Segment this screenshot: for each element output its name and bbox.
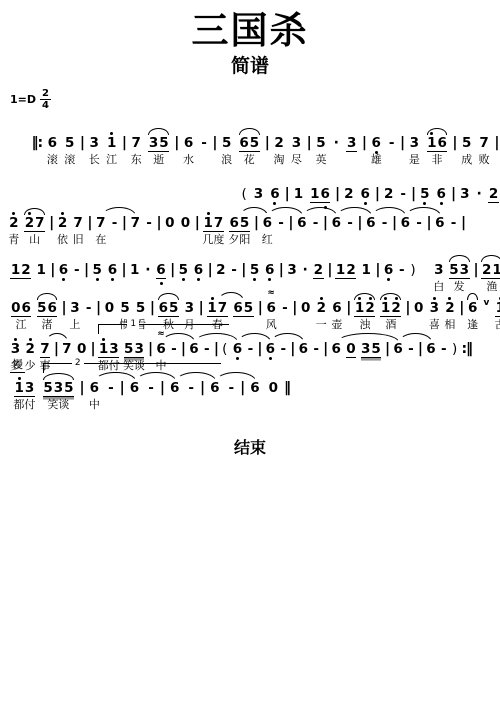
lyric: 依 [57,233,68,246]
barline: | [80,380,84,396]
key-tonic: 1=D [10,93,36,106]
octave-dot-below-icon [364,202,367,205]
lyric: 淘 [274,153,285,166]
barline: | [170,262,174,278]
note-token: 5看 [135,300,145,316]
note-token: 2 [216,262,226,278]
lyric: 都付 [13,398,35,411]
note-token: 0 [180,215,190,231]
barline: | [279,262,283,278]
note-token: 5 [420,186,430,202]
key-signature: 1=D 2 4 [10,89,500,109]
note-token: 6 [435,215,445,231]
octave-dot-below-icon [111,278,114,281]
note-token: 3多 [10,341,20,357]
barline: | [323,341,327,357]
note-token: 6红 [262,215,272,231]
note-token: 2 [384,186,394,202]
barline: | [418,341,422,357]
volta-number: 2 [72,358,84,369]
lyric: 江 [16,318,27,331]
note-token: 5 [92,262,102,278]
note-token: 27山 [24,215,45,232]
barline: | [265,135,269,151]
lyric: 风 [266,318,277,331]
note-token: 6 [189,341,199,357]
barline: | [200,380,204,396]
note-token: - [204,341,211,357]
barline: | [156,215,160,231]
lyric: 东 [131,153,142,166]
note-token: 0 [346,341,356,358]
note-token: 6 [265,262,275,278]
lyric: 月 [184,318,195,331]
lyric: 一 [316,318,327,331]
note-token: 6 [232,341,242,357]
lyric: 山 [29,233,40,246]
barline: | [199,300,203,316]
note-token: 1 [361,262,371,278]
barline: | [240,380,244,396]
note-token: 3尽 [291,135,301,151]
note-token: ( [222,341,228,357]
lyric: 青 [8,233,19,246]
barline: | [400,135,404,151]
note-token: 5成 [462,135,472,151]
sheet-music-page: 三国杀 简谱 1=D 2 4 ‖:6滚5滚|3长1江|7东35逝|6水-|5浪6… [0,0,500,715]
lyric: 酒 [385,318,396,331]
lyric: 中 [156,359,167,372]
note-token: 17春 [207,300,228,317]
note-token: - [231,262,238,278]
lyric: 笑谈 [123,359,145,372]
note-token: 6 [250,380,260,396]
note-token: - [146,215,153,231]
note-token: 6 [107,262,117,278]
barline: | [257,341,261,357]
note-token: 1 [130,262,140,278]
note-token: 12浊 [354,300,375,317]
note-token: - [441,341,448,357]
barline: | [375,262,379,278]
note-token: - [416,215,423,231]
note-token: 12 [10,262,31,279]
mordent-icon: ≈ [267,289,275,297]
lyric: 上 [69,318,80,331]
note-token: - [148,380,155,396]
note-token: 6 [156,262,166,279]
note-token: 2一 [316,300,326,316]
tempo-marking: 慢 [10,359,25,373]
octave-dot-above-icon [102,338,105,341]
note-token: 35逝 [148,135,169,152]
lyric: 滚 [47,153,58,166]
lyric: 雄 [371,153,382,166]
barline: | [181,341,185,357]
octave-dot-above-icon [395,297,398,300]
lyric: 花 [244,153,255,166]
note-token: - [282,300,289,316]
note-token: 6滚 [47,135,57,151]
note-token: 0 [76,341,86,357]
barline: | [54,341,58,357]
system-2-echo-voice: (36|116|26|2-|56|3·2| [238,186,500,203]
note-token: 1江 [106,135,116,151]
note-token: 7 [62,341,72,357]
barline: | [290,341,294,357]
note-token: - [228,380,235,396]
note-token: 2 [344,186,354,202]
note-token: 5 [178,262,188,278]
barline: | [285,186,289,202]
barline: | [150,300,154,316]
note-token: - [450,215,457,231]
lyric: 看 [135,318,146,331]
lyric: 败 [479,153,490,166]
octave-dot-above-icon [61,212,64,215]
lyric: 滚 [64,153,75,166]
note-token: 6 [393,341,403,357]
note-token: - [73,262,80,278]
lyric: 逝 [153,153,164,166]
lyric: 浪 [221,153,232,166]
note-token: 3是 [409,135,419,151]
lyric: 事 [39,359,50,372]
note-token: 6 [270,186,280,202]
note-token: - [347,215,354,231]
lyric: 红 [262,233,273,246]
lyric: 在 [95,233,106,246]
note-token: 7 [130,215,140,231]
octave-dot-below-icon [62,278,65,281]
barline: | [292,300,296,316]
lyric: 几度 [202,233,224,246]
note-token: 53发 [449,262,470,279]
octave-dot-above-icon [207,212,210,215]
lyric: 英 [315,153,326,166]
lyric: 尽 [291,153,302,166]
octave-dot-above-icon [320,297,323,300]
lyric: 春 [212,318,223,331]
lyric: 古今 [495,318,500,331]
note-token: ≈6中 [156,341,166,357]
lyric: 壶 [331,318,342,331]
note-token: - [171,341,178,357]
note-token: - [408,341,415,357]
note-token: ) [410,262,416,278]
barline: | [84,262,88,278]
note-token: 2淘 [274,135,284,151]
note-token: 2 [488,186,498,203]
octave-dot-below-icon [269,357,272,360]
note-token: 06江 [11,300,32,317]
lyric: 少 [25,359,36,372]
note-token: 6 [366,215,376,231]
barline: | [80,135,84,151]
barline: | [87,215,91,231]
octave-dot-above-icon [430,132,433,135]
barline: | [473,262,477,278]
octave-dot-below-icon [96,278,99,281]
barline: | [405,300,409,316]
note-token: 3 [346,135,356,152]
barline: :‖ [461,341,472,357]
note-token: · [476,186,482,202]
octave-dot-above-icon [448,297,451,300]
note-token: 2少 [25,341,35,357]
lyric: 夕阳 [228,233,250,246]
octave-dot-above-icon [14,338,17,341]
note-token: 65花 [239,135,260,152]
barline: | [288,215,292,231]
octave-dot-above-icon [384,297,387,300]
note-token: 6 [426,341,436,357]
barline: | [148,341,152,357]
note-token: 6 [436,186,446,202]
octave-dot-above-icon [29,338,32,341]
barline: | [461,215,465,231]
end-marking: 结束 [0,438,500,458]
note-token: 6 [331,341,341,357]
note-token: - [381,215,388,231]
lyric: 长 [89,153,100,166]
barline: | [307,135,311,151]
lyric: 喜 [429,318,440,331]
note-token: 65 [233,300,254,317]
note-token: 53笑谈 [124,341,145,358]
octave-dot-above-icon [358,297,361,300]
note-token: 2青 [9,215,19,231]
note-token: 6 [331,215,341,231]
note-token: 65秋 [158,300,179,317]
barline: | [346,300,350,316]
barline: | [160,380,164,396]
note-token: · [145,262,151,278]
octave-dot-above-icon [28,212,31,215]
barline: | [241,262,245,278]
note-token: 6 [360,186,370,202]
octave-dot-above-icon [211,297,214,300]
lyric: 江 [106,153,117,166]
note-token: 3 [253,186,263,202]
system-4: 06江56渚|3上-|05惯5看|65秋3月|17春65|≈6风-|02一6壶|… [8,300,500,317]
lyric: 旧 [73,233,84,246]
note-token: - [201,135,208,151]
note-token: 5滚 [65,135,75,151]
note-token: 535笑谈 [43,380,74,397]
octave-dot-below-icon [273,202,276,205]
note-token: 6雄 [371,135,381,151]
octave-dot-above-icon [433,297,436,300]
barline: | [426,215,430,231]
note-token: 0 [165,215,175,231]
note-token: 6 [383,262,393,278]
barline: | [459,300,463,316]
lyric: 非 [431,153,442,166]
note-token: 3 [460,186,470,202]
note-token: - [280,341,287,357]
note-token: 7东 [131,135,141,151]
octave-dot-above-icon [369,297,372,300]
note-token: 56渚 [37,300,58,317]
barline: | [120,380,124,396]
octave-dot-above-icon [12,212,15,215]
system-1: ‖:6滚5滚|3长1江|7东35逝|6水-|5浪65花|2淘3尽|5英·3|6雄… [30,135,500,152]
octave-dot-below-icon [182,278,185,281]
note-token: 5英 [316,135,326,151]
note-token: 5惯 [120,300,130,316]
note-token: 6 [265,341,275,357]
note-token: - [278,215,285,231]
time-signature-numerator: 2 [40,89,51,100]
octave-dot-below-icon [387,278,390,281]
system-6: 13都付535笑谈|6中-|6-|6-|6-|60‖2慢 [10,380,500,397]
note-token: 6壶 [332,300,342,316]
note-token: - [312,215,319,231]
note-token: 6 [193,262,203,278]
barline: ‖: [32,135,43,151]
barline: ‖ [284,380,290,396]
note-token: ( [241,186,247,202]
barline: | [49,215,53,231]
barline: | [122,215,126,231]
note-token: ) [451,341,457,357]
note-token: 7在 [96,215,106,231]
barline: | [50,262,54,278]
barline: | [385,341,389,357]
lyric: 都付 [98,359,120,372]
barline: | [195,215,199,231]
barline: | [214,341,218,357]
octave-dot-below-icon [253,278,256,281]
note-token: 5 [249,262,259,278]
note-token: 0 [301,300,311,316]
barline: | [254,215,258,231]
octave-dot-below-icon [440,202,443,205]
barline: | [451,186,455,202]
note-token: 3上 [70,300,80,316]
note-token: 21渔 [481,262,500,279]
note-token: 3长 [89,135,99,151]
barline: | [208,262,212,278]
lyric: 水 [183,153,194,166]
system-2: 2青27山|2依7旧|7在-|7-|00|17几度65夕阳|6红-|6-|6-|… [6,215,500,232]
note-token: 13都付 [14,380,35,397]
note-token: - [247,341,254,357]
octave-dot-below-icon [268,278,271,281]
lyric: 是 [409,153,420,166]
note-token: 6水 [183,135,193,151]
page-subtitle: 简谱 [0,55,500,78]
octave-dot-below-icon [324,206,327,209]
note-token: 0 [268,380,278,396]
note-token: 6 [129,380,139,396]
barline: | [452,135,456,151]
note-token: 1 [36,262,46,278]
barline: | [62,300,66,316]
note-token: - [313,341,320,357]
note-token: - [188,380,195,396]
octave-dot-above-icon [18,377,21,380]
note-token: 7旧 [73,215,83,231]
barline: | [91,341,95,357]
lyric: 浊 [359,318,370,331]
barline: | [327,262,331,278]
octave-dot-above-icon [110,132,113,135]
barline: | [174,135,178,151]
note-token: 6 [298,341,308,357]
note-token: 6 [169,380,179,396]
lyric: 中 [89,398,100,411]
lyric: 逢 [467,318,478,331]
note-token: 3白 [434,262,444,278]
lyric: 白 [433,280,444,293]
note-token: 6 [400,215,410,231]
barline: | [96,300,100,316]
note-token: 12 [335,262,356,279]
note-token: - [108,380,115,396]
barline: | [323,215,327,231]
barline: | [411,186,415,202]
barline: | [212,135,216,151]
note-token: 16非 [427,135,448,152]
barline: | [335,186,339,202]
note-token: 3月 [184,300,194,316]
octave-dot-below-icon [423,202,426,205]
note-token: 0 [414,300,424,316]
note-token: 6 [58,262,68,278]
note-token: ≈6风 [266,300,276,316]
note-token: 12古今 [495,300,500,317]
note-token: 3喜 [429,300,439,316]
note-token: 2相 [445,300,455,316]
note-token: 16 [310,186,331,203]
page-title: 三国杀 [0,0,500,54]
barline: | [375,186,379,202]
note-token: - [85,300,92,316]
note-token: 17几度 [203,215,224,232]
note-token: 13都付 [98,341,119,358]
octave-dot-below-icon [236,357,239,360]
barline: | [494,135,498,151]
note-token: 35 [361,341,382,358]
note-token: v [483,300,490,316]
note-token: - [388,135,395,151]
time-signature-denominator: 4 [42,100,49,110]
note-token: 7败 [479,135,489,151]
note-token: - [399,262,406,278]
note-token: 0 [104,300,114,316]
note-token: 2 [313,262,323,279]
barline: | [258,300,262,316]
note-token: - [400,186,407,202]
lyric: 笑谈 [47,398,69,411]
note-token: 7事 [40,341,50,358]
lyric: 渔 [486,280,497,293]
barline: | [121,262,125,278]
note-token: 5浪 [221,135,231,151]
barline: | [357,215,361,231]
lyric: 惯 [120,318,131,331]
barline: | [362,135,366,151]
note-token: 1 [293,186,303,202]
lyric: 成 [461,153,472,166]
note-token: 6 [210,380,220,396]
note-token: 65夕阳 [229,215,250,232]
system-5: 3多2少7事|70|13都付53笑谈|≈6中-|6-|(6-|6-|6-|603… [8,341,500,358]
barline: | [392,215,396,231]
lyric: 发 [454,280,465,293]
